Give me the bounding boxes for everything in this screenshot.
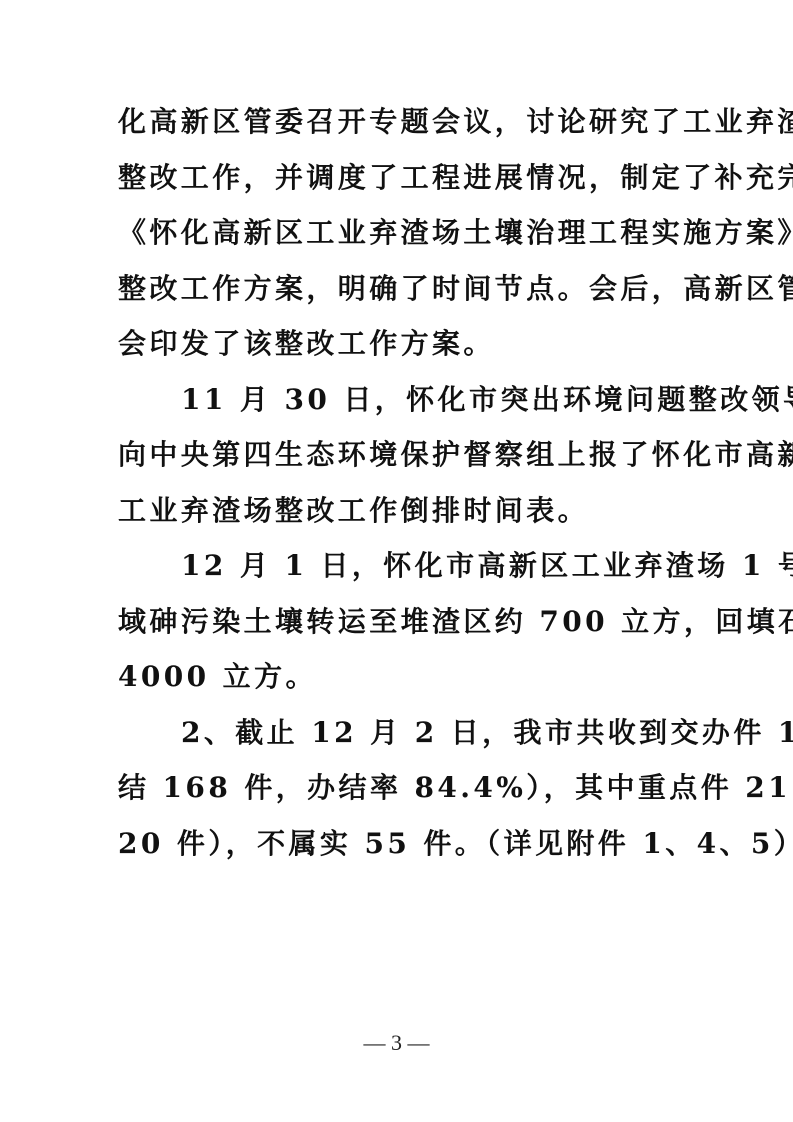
- text-line: 2、截止 12 月 2 日，我市共收到交办件 199 件（办: [118, 711, 676, 767]
- text-line: 整改工作方案，明确了时间节点。会后，高新区管委: [118, 267, 676, 323]
- paragraph-nov-30-report: 11 月 30 日，怀化市突出环境问题整改领导小组 向中央第四生态环境保护督察组…: [118, 378, 676, 545]
- text-line: 域砷污染土壤转运至堆渣区约 700 立方，回填石渣约: [118, 600, 676, 656]
- text-line: 化高新区管委召开专题会议，讨论研究了工业弃渣场: [118, 100, 676, 156]
- text-line: 12 月 1 日，怀化市高新区工业弃渣场 1 号污染区: [118, 544, 676, 600]
- text-line: 20 件），不属实 55 件。（详见附件 1、4、5）: [118, 822, 676, 878]
- text-line: 11 月 30 日，怀化市突出环境问题整改领导小组: [118, 378, 676, 434]
- text-line: 工业弃渣场整改工作倒排时间表。: [118, 489, 676, 545]
- paragraph-case-statistics: 2、截止 12 月 2 日，我市共收到交办件 199 件（办 结 168 件，办…: [118, 711, 676, 878]
- text-line: 结 168 件，办结率 84.4%），其中重点件 21 件（办结: [118, 766, 676, 822]
- text-line: 整改工作，并调度了工程进展情况，制定了补充完善: [118, 156, 676, 212]
- text-line: 4000 立方。: [118, 655, 676, 711]
- text-line: 会印发了该整改工作方案。: [118, 322, 676, 378]
- text-line: 向中央第四生态环境保护督察组上报了怀化市高新区: [118, 433, 676, 489]
- page-number: — 3 —: [0, 1030, 793, 1056]
- text-line: 《怀化高新区工业弃渣场土壤治理工程实施方案》的: [118, 211, 676, 267]
- paragraph-rectification-meeting: 化高新区管委召开专题会议，讨论研究了工业弃渣场 整改工作，并调度了工程进展情况，…: [118, 100, 676, 378]
- paragraph-dec-1-progress: 12 月 1 日，怀化市高新区工业弃渣场 1 号污染区 域砷污染土壤转运至堆渣区…: [118, 544, 676, 711]
- document-body: 化高新区管委召开专题会议，讨论研究了工业弃渣场 整改工作，并调度了工程进展情况，…: [118, 100, 676, 877]
- document-page: 化高新区管委召开专题会议，讨论研究了工业弃渣场 整改工作，并调度了工程进展情况，…: [0, 0, 793, 1122]
